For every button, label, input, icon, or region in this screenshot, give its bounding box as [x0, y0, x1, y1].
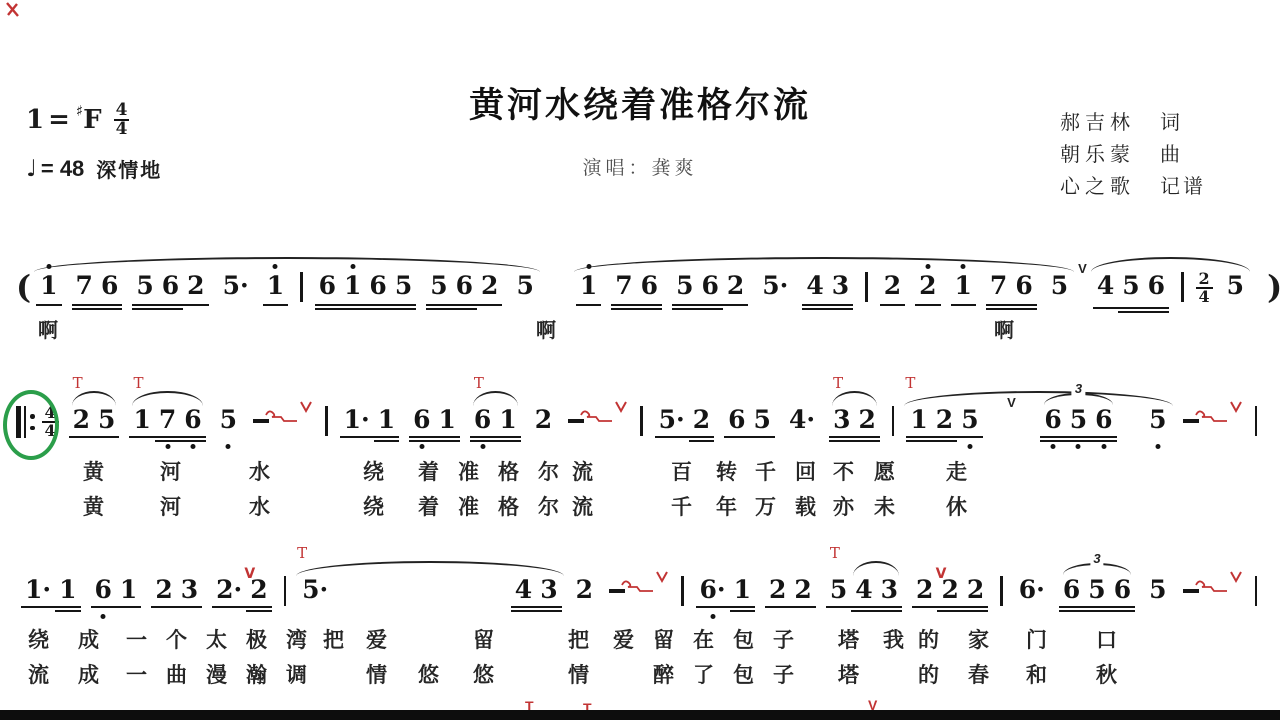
breath-squiggle-v-mark	[1194, 399, 1246, 430]
note-group: 3656	[1040, 406, 1116, 434]
beam-line	[672, 304, 697, 306]
note: 6	[180, 406, 205, 434]
note-group: 65	[724, 406, 775, 434]
slur-arc	[296, 561, 563, 576]
lyric-char: 流	[572, 491, 593, 521]
note: 1	[906, 406, 931, 434]
note-group: 562	[672, 272, 748, 302]
barline	[1255, 406, 1258, 436]
credit-row: 朝乐蒙 曲	[1060, 138, 1206, 170]
breath-squiggle-v-mark	[620, 569, 672, 600]
beam-line	[750, 436, 775, 438]
low-octave-dot	[165, 444, 170, 449]
note-group: 456	[1093, 272, 1169, 305]
lyric-char: 春	[968, 659, 989, 689]
low-octave-dot	[1155, 444, 1160, 449]
beam-line	[828, 308, 853, 310]
low-octave-dot	[1051, 444, 1056, 449]
lyric-char: 载	[795, 491, 816, 521]
note: 6	[1059, 576, 1084, 604]
note-group: 23	[151, 576, 202, 604]
beam-line	[155, 436, 180, 438]
note-group: 5	[1145, 406, 1170, 434]
high-octave-dot	[46, 264, 51, 269]
beam-line	[986, 304, 1011, 306]
beam-line	[672, 308, 697, 310]
beam-line	[212, 606, 246, 608]
lyric-char: 和	[1026, 659, 1047, 689]
lyric-char: 漫	[206, 659, 227, 689]
note-group: 76	[72, 272, 123, 302]
beam-line	[97, 308, 122, 310]
note: 5	[426, 272, 451, 302]
slur-arc	[34, 257, 540, 272]
note-group: 5·2	[655, 406, 715, 434]
beam-line	[426, 308, 451, 310]
barline	[300, 272, 303, 302]
beam-line	[158, 308, 183, 310]
note: 6	[637, 272, 662, 302]
note: 4	[511, 576, 536, 604]
note: 4	[1093, 272, 1118, 305]
meter-denominator: 4	[116, 121, 128, 138]
beam-line	[391, 308, 416, 310]
beam-line	[1144, 311, 1169, 313]
note: 2·V	[212, 576, 246, 604]
lyric-char: 个	[166, 624, 187, 654]
note: 2	[765, 576, 790, 604]
note: 2	[69, 406, 94, 434]
beam-line	[374, 440, 399, 442]
lyric-char: 包	[733, 624, 754, 654]
note: 6	[409, 406, 434, 434]
note: 1	[951, 272, 976, 302]
high-octave-dot	[925, 264, 930, 269]
credits-block: 郝吉林 词 朝乐蒙 曲 心之歌 记谱	[1060, 106, 1206, 202]
beam-line	[1059, 610, 1084, 612]
note-group: 562	[132, 272, 208, 302]
beam-line	[951, 304, 976, 306]
lyric-char: 回	[795, 456, 816, 486]
beam-line	[697, 308, 722, 310]
note: 2	[932, 406, 957, 434]
note: 1·	[21, 576, 55, 604]
lyric-char: 绕	[363, 491, 384, 521]
note: 2	[689, 406, 714, 434]
note-group: 1	[576, 272, 601, 302]
beam-line	[937, 610, 962, 612]
note: 5	[826, 576, 851, 604]
lyric-char: 瀚	[246, 659, 267, 689]
beam-line	[1084, 606, 1109, 608]
lyric-char: 格	[498, 491, 519, 521]
beam-line	[963, 610, 988, 612]
note-group: 1·1	[340, 406, 400, 434]
lyric-char: 门	[1026, 624, 1047, 654]
note-group: T61	[470, 406, 521, 434]
beam-line	[511, 606, 536, 608]
lyric-char: 的	[918, 659, 939, 689]
slur-arc	[904, 391, 1172, 406]
note-group: 5	[1223, 272, 1248, 305]
note: 5	[216, 406, 241, 434]
note-group: 6·	[1015, 576, 1049, 604]
note-group: 22	[765, 576, 816, 604]
lyric-char: 成	[78, 659, 99, 689]
beam-line	[854, 436, 879, 438]
slur-span: 1765625·43221765	[571, 272, 1077, 302]
note: 7	[72, 272, 97, 302]
lyric-char: 准	[458, 456, 479, 486]
slur-arc	[72, 391, 117, 406]
note: 2	[531, 406, 556, 434]
note-group: 2	[572, 576, 597, 604]
lyric-char: 啊	[38, 314, 58, 343]
lyric-char: 悠	[473, 659, 494, 689]
note-group: 5	[1047, 272, 1072, 302]
barline	[1181, 272, 1184, 302]
beam-line	[180, 440, 205, 442]
low-octave-dot	[710, 614, 715, 619]
beam-line	[932, 436, 957, 438]
beam-line	[986, 308, 1011, 310]
triplet-number: 3	[1090, 551, 1103, 566]
key-tonic: 1	[26, 105, 44, 135]
beam-line	[365, 308, 390, 310]
parenthesis: (	[16, 272, 31, 302]
lyric-char: 啊	[994, 314, 1014, 343]
beam-line	[802, 304, 827, 306]
lyric-char: 流	[572, 456, 593, 486]
note-group: 2	[915, 272, 940, 302]
credit-row: 心之歌 记谱	[1060, 170, 1206, 202]
breath-squiggle-v-mark	[579, 399, 631, 430]
lyric-char: 太	[206, 624, 227, 654]
triplet-number: 3	[1072, 381, 1085, 396]
lyric-char: 亦	[833, 491, 854, 521]
note-group: T543	[826, 576, 902, 604]
note: 3	[877, 576, 902, 604]
key-signature: 1 = ♯ F 4 4	[26, 102, 129, 138]
note-group: 1	[263, 272, 288, 302]
note-group: 1	[951, 272, 976, 302]
note: 5	[1084, 576, 1109, 604]
note: 6	[724, 406, 749, 434]
note: 5	[750, 406, 775, 434]
beam-line	[151, 606, 176, 608]
tongue-t-mark: T	[905, 374, 915, 392]
parenthesis: )	[1267, 272, 1280, 302]
barline	[325, 406, 328, 436]
note-group: T32	[829, 406, 880, 434]
lyric-char: 啊	[536, 314, 556, 343]
low-octave-dot	[480, 444, 485, 449]
beam-line	[828, 304, 853, 306]
lyric-char: 子	[773, 624, 794, 654]
composer-name: 朝乐蒙	[1060, 138, 1150, 170]
lyric-char: 水	[249, 456, 270, 486]
beam-line	[470, 440, 495, 442]
beam-line	[129, 436, 154, 438]
beam-line	[611, 304, 636, 306]
beam-line	[511, 610, 536, 612]
lyric-char: 一	[126, 624, 147, 654]
lyric-char: 塔	[838, 624, 859, 654]
lyric-char: 尔	[538, 491, 559, 521]
tongue-t-mark: T	[474, 374, 484, 392]
transcriber-name: 心之歌	[1060, 170, 1150, 202]
beam-line	[94, 436, 119, 438]
quarter-note-icon: ♩	[26, 156, 37, 182]
beam-line	[790, 606, 815, 608]
corner-red-mark	[4, 2, 24, 20]
lyric-char: 的	[918, 624, 939, 654]
lyric-char: 极	[246, 624, 267, 654]
lyric-char: 转	[716, 456, 737, 486]
barline	[1255, 576, 1258, 606]
beam-line	[1040, 440, 1065, 442]
composer-role: 曲	[1160, 138, 1183, 170]
note: 6	[97, 272, 122, 302]
tongue-t-mark: T	[297, 544, 307, 562]
beam-line	[435, 440, 460, 442]
beam-line	[655, 436, 689, 438]
note-group: 43	[802, 272, 853, 302]
beam-line	[851, 610, 876, 612]
note: 6	[1110, 576, 1135, 604]
beam-line	[246, 606, 271, 608]
lyric-char: 休	[946, 491, 967, 521]
lyric-char: 调	[286, 659, 307, 689]
lyric-char: 着	[418, 491, 439, 521]
low-octave-dot	[1101, 444, 1106, 449]
beam-line	[536, 606, 561, 608]
note-group: 4·	[785, 406, 819, 434]
lyric-char: 把	[568, 624, 589, 654]
beam-line	[851, 606, 876, 608]
key-equals: =	[48, 105, 70, 135]
note-group: 2V22	[912, 576, 988, 604]
beam-line	[435, 436, 460, 438]
slur-span: T125V36565	[901, 406, 1175, 434]
note: 5	[1118, 272, 1143, 305]
note: 2	[880, 272, 905, 302]
note: 4·	[785, 406, 819, 434]
barline	[284, 576, 287, 606]
lyric-char: 未	[874, 491, 895, 521]
beam-line	[802, 308, 827, 310]
note: 6	[470, 406, 495, 434]
note: 5	[132, 272, 157, 302]
lyric-char: 家	[968, 624, 989, 654]
barline	[1000, 576, 1003, 606]
beam-line	[1118, 311, 1143, 313]
beam-line	[912, 606, 937, 608]
lyric-char: 留	[653, 624, 674, 654]
note: 7	[986, 272, 1011, 302]
beam-line	[246, 610, 271, 612]
transcriber-role: 记谱	[1160, 170, 1206, 202]
credit-row: 郝吉林 词	[1060, 106, 1206, 138]
beam-line	[477, 304, 502, 306]
note-group: 76	[986, 272, 1037, 302]
time-denominator: 4	[1199, 289, 1210, 305]
note: 5·	[655, 406, 689, 434]
note: 1	[374, 406, 399, 434]
note: 2	[723, 272, 748, 302]
lyric-char: 悠	[418, 659, 439, 689]
beam-line	[637, 308, 662, 310]
note-group: T176	[129, 406, 205, 434]
beam-line	[91, 606, 116, 608]
beam-line	[637, 304, 662, 306]
note: 7	[155, 406, 180, 434]
beam-line	[1066, 436, 1091, 438]
note-group: 5	[216, 406, 241, 434]
beam-line	[340, 304, 365, 306]
beam-line	[340, 308, 365, 310]
note-group: 5·	[758, 272, 792, 302]
beam-line	[906, 440, 931, 442]
note: 1	[730, 576, 755, 604]
note: 7	[611, 272, 636, 302]
note: 5·	[219, 272, 253, 302]
lyric-char: 年	[716, 491, 737, 521]
beam-line	[611, 308, 636, 310]
beam-line	[1144, 307, 1169, 309]
note: 1	[340, 272, 365, 302]
note-group: 5·	[298, 576, 332, 604]
beam-line	[263, 304, 288, 306]
beam-line	[906, 436, 931, 438]
lyric-char: 尔	[538, 456, 559, 486]
barline	[892, 406, 895, 436]
slur-arc	[853, 561, 900, 576]
note: 5	[1145, 576, 1170, 604]
tempo-marking: ♩ = 48 深情地	[26, 154, 162, 183]
lyric-char: 情	[568, 659, 589, 689]
slur-arc	[574, 257, 1074, 272]
note: 6	[315, 272, 340, 302]
beam-line	[1091, 440, 1116, 442]
slur-arc	[132, 391, 202, 406]
note: 1	[55, 576, 80, 604]
beam-line	[21, 606, 55, 608]
beam-line	[765, 606, 790, 608]
green-circle-annotation	[3, 390, 59, 460]
beam-line	[1040, 436, 1065, 438]
note: 5	[1223, 272, 1248, 305]
lyric-char: 一	[126, 659, 147, 689]
note: 5·	[758, 272, 792, 302]
beam-line	[1066, 440, 1091, 442]
tongue-t-mark: T	[830, 544, 840, 562]
note: 2	[963, 576, 988, 604]
lyric-char: 醉	[653, 659, 674, 689]
lyric-char: 绕	[28, 624, 49, 654]
beam-line	[1093, 307, 1118, 309]
low-octave-dot	[419, 444, 424, 449]
note: 2	[151, 576, 176, 604]
lyric-char: 成	[78, 624, 99, 654]
lyricist-role: 词	[1160, 106, 1183, 138]
slur-arc	[832, 391, 877, 406]
lyric-char: 水	[249, 491, 270, 521]
lyric-char: 不	[833, 456, 854, 486]
note: 1	[116, 576, 141, 604]
beam-line	[1118, 307, 1143, 309]
note: 6	[1144, 272, 1169, 305]
note: 2	[246, 576, 271, 604]
beam-line	[374, 436, 399, 438]
note-group: 6·1	[696, 576, 756, 604]
beam-line	[697, 304, 722, 306]
lyric-char: 把	[323, 624, 344, 654]
note: 3	[828, 272, 853, 302]
note: 1	[435, 406, 460, 434]
tongue-t-mark: T	[833, 374, 843, 392]
repeat-sign	[16, 406, 35, 438]
lyric-char: 准	[458, 491, 479, 521]
note: 6·	[1015, 576, 1049, 604]
lyric-char: 曲	[166, 659, 187, 689]
beam-line	[55, 606, 80, 608]
beam-line	[426, 304, 451, 306]
note-group: 1	[36, 272, 61, 302]
lyric-char: 河	[160, 491, 181, 521]
note: 6·	[696, 576, 730, 604]
beam-line	[880, 304, 905, 306]
beam-line	[495, 436, 520, 438]
beam-line	[69, 436, 94, 438]
lyric-char: 塔	[838, 659, 859, 689]
lyric-char: 千	[671, 491, 692, 521]
meter-fraction: 4 4	[114, 102, 130, 138]
note: 5	[391, 272, 416, 302]
note-group: 5	[1145, 576, 1170, 604]
beam-line	[155, 440, 180, 442]
low-octave-dot	[101, 614, 106, 619]
note: 5	[94, 406, 119, 434]
note: 6	[697, 272, 722, 302]
note: 5	[512, 272, 537, 302]
breath-mark-small: V	[1078, 261, 1087, 276]
lyric-char: 口	[1096, 624, 1117, 654]
note: 2	[790, 576, 815, 604]
note-group: 61	[91, 576, 142, 604]
beam-line	[696, 606, 730, 608]
note: 2	[854, 406, 879, 434]
note-group: 61	[409, 406, 460, 434]
breath-squiggle-v-mark	[264, 399, 316, 430]
note: 6	[452, 272, 477, 302]
slur-span: 1765625·161655625	[31, 272, 543, 302]
note: 1	[129, 406, 154, 434]
lyric-char: 湾	[286, 624, 307, 654]
beam-line	[391, 304, 416, 306]
note-group: 125	[906, 406, 982, 434]
note-group: T25	[69, 406, 120, 434]
lyric-char: 流	[28, 659, 49, 689]
note-group: 2	[531, 406, 556, 434]
tongue-t-mark: T	[133, 374, 143, 392]
beam-line	[132, 308, 157, 310]
beam-line	[854, 440, 879, 442]
lyric-char: 了	[693, 659, 714, 689]
note: 2	[915, 272, 940, 302]
slur-span: T5·43	[293, 576, 566, 604]
beam-line	[495, 440, 520, 442]
